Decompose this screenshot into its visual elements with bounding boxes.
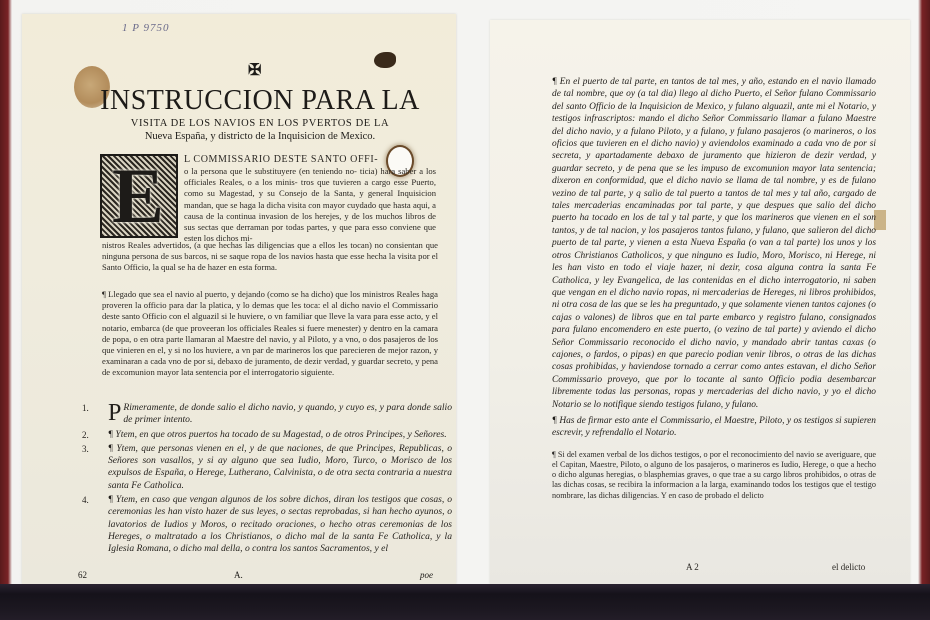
document-subtitle-2: Nueva España, y districto de la Inquisic… (70, 131, 450, 143)
item-number: 2. (82, 429, 89, 441)
intro-paragraph: o la persona que le substituyere (en ten… (184, 166, 436, 244)
item-text: ¶ Ytem, en que otros puertos ha tocado d… (108, 429, 447, 440)
item-number: 3. (82, 443, 89, 455)
interrogatory-item: 3. ¶ Ytem, que personas vienen en el, y … (82, 443, 452, 492)
procedure-paragraph: ¶ Llegado que sea el navio al puerto, y … (102, 289, 438, 379)
intro-heading: L COMMISSARIO DESTE SANTO OFFI- (184, 154, 410, 165)
item-initial: P (108, 402, 121, 424)
drop-cap-letter: E (112, 154, 164, 238)
intro-paragraph-continued: nistros Reales advertidos, (a que hechas… (102, 240, 438, 274)
interrogatory-item: 2. ¶ Ytem, en que otros puertos ha tocad… (82, 429, 452, 441)
display-shelf (0, 584, 930, 620)
left-page: 1 P 9750 ✠ INSTRUCCION PARA LA VISITA DE… (22, 14, 456, 584)
further-instruction: ¶ Si del examen verbal de los dichos tes… (552, 450, 876, 501)
interrogatory-item: 4. ¶ Ytem, en caso que vengan algunos de… (82, 494, 452, 555)
decorated-drop-cap: E (100, 154, 178, 238)
signature-mark: A. (234, 570, 243, 580)
signature-mark: A 2 (686, 562, 699, 572)
item-text: ¶ Ytem, que personas vienen en el, y de … (108, 443, 452, 491)
interrogatory-item: 1. P Rimeramente, de donde salio el dich… (82, 402, 452, 427)
shelfmark: 1 P 9750 (122, 22, 170, 34)
item-text: ¶ Ytem, en caso que vengan algunos de lo… (108, 494, 452, 554)
record-paragraph: ¶ En el puerto de tal parte, en tantos d… (552, 76, 876, 411)
interrogatory-list: 1. P Rimeramente, de donde salio el dich… (82, 402, 452, 558)
item-number: 4. (82, 494, 89, 506)
right-page: ¶ En el puerto de tal parte, en tantos d… (490, 20, 910, 584)
signing-instruction: ¶ Has de firmar esto ante el Commissario… (552, 415, 876, 440)
page-number: 62 (78, 570, 87, 580)
document-title: INSTRUCCION PARA LA (70, 86, 450, 116)
item-number: 1. (82, 402, 89, 414)
ink-blot (374, 52, 396, 68)
cross-ornament-icon: ✠ (248, 60, 261, 80)
catchword: poe (420, 570, 433, 580)
catchword: el delicto (832, 562, 865, 572)
item-text: Rimeramente, de donde salio el dicho nav… (123, 402, 452, 425)
right-page-body: ¶ En el puerto de tal parte, en tantos d… (552, 76, 876, 505)
document-subtitle: VISITA DE LOS NAVIOS EN LOS PVERTOS DE L… (70, 118, 450, 130)
